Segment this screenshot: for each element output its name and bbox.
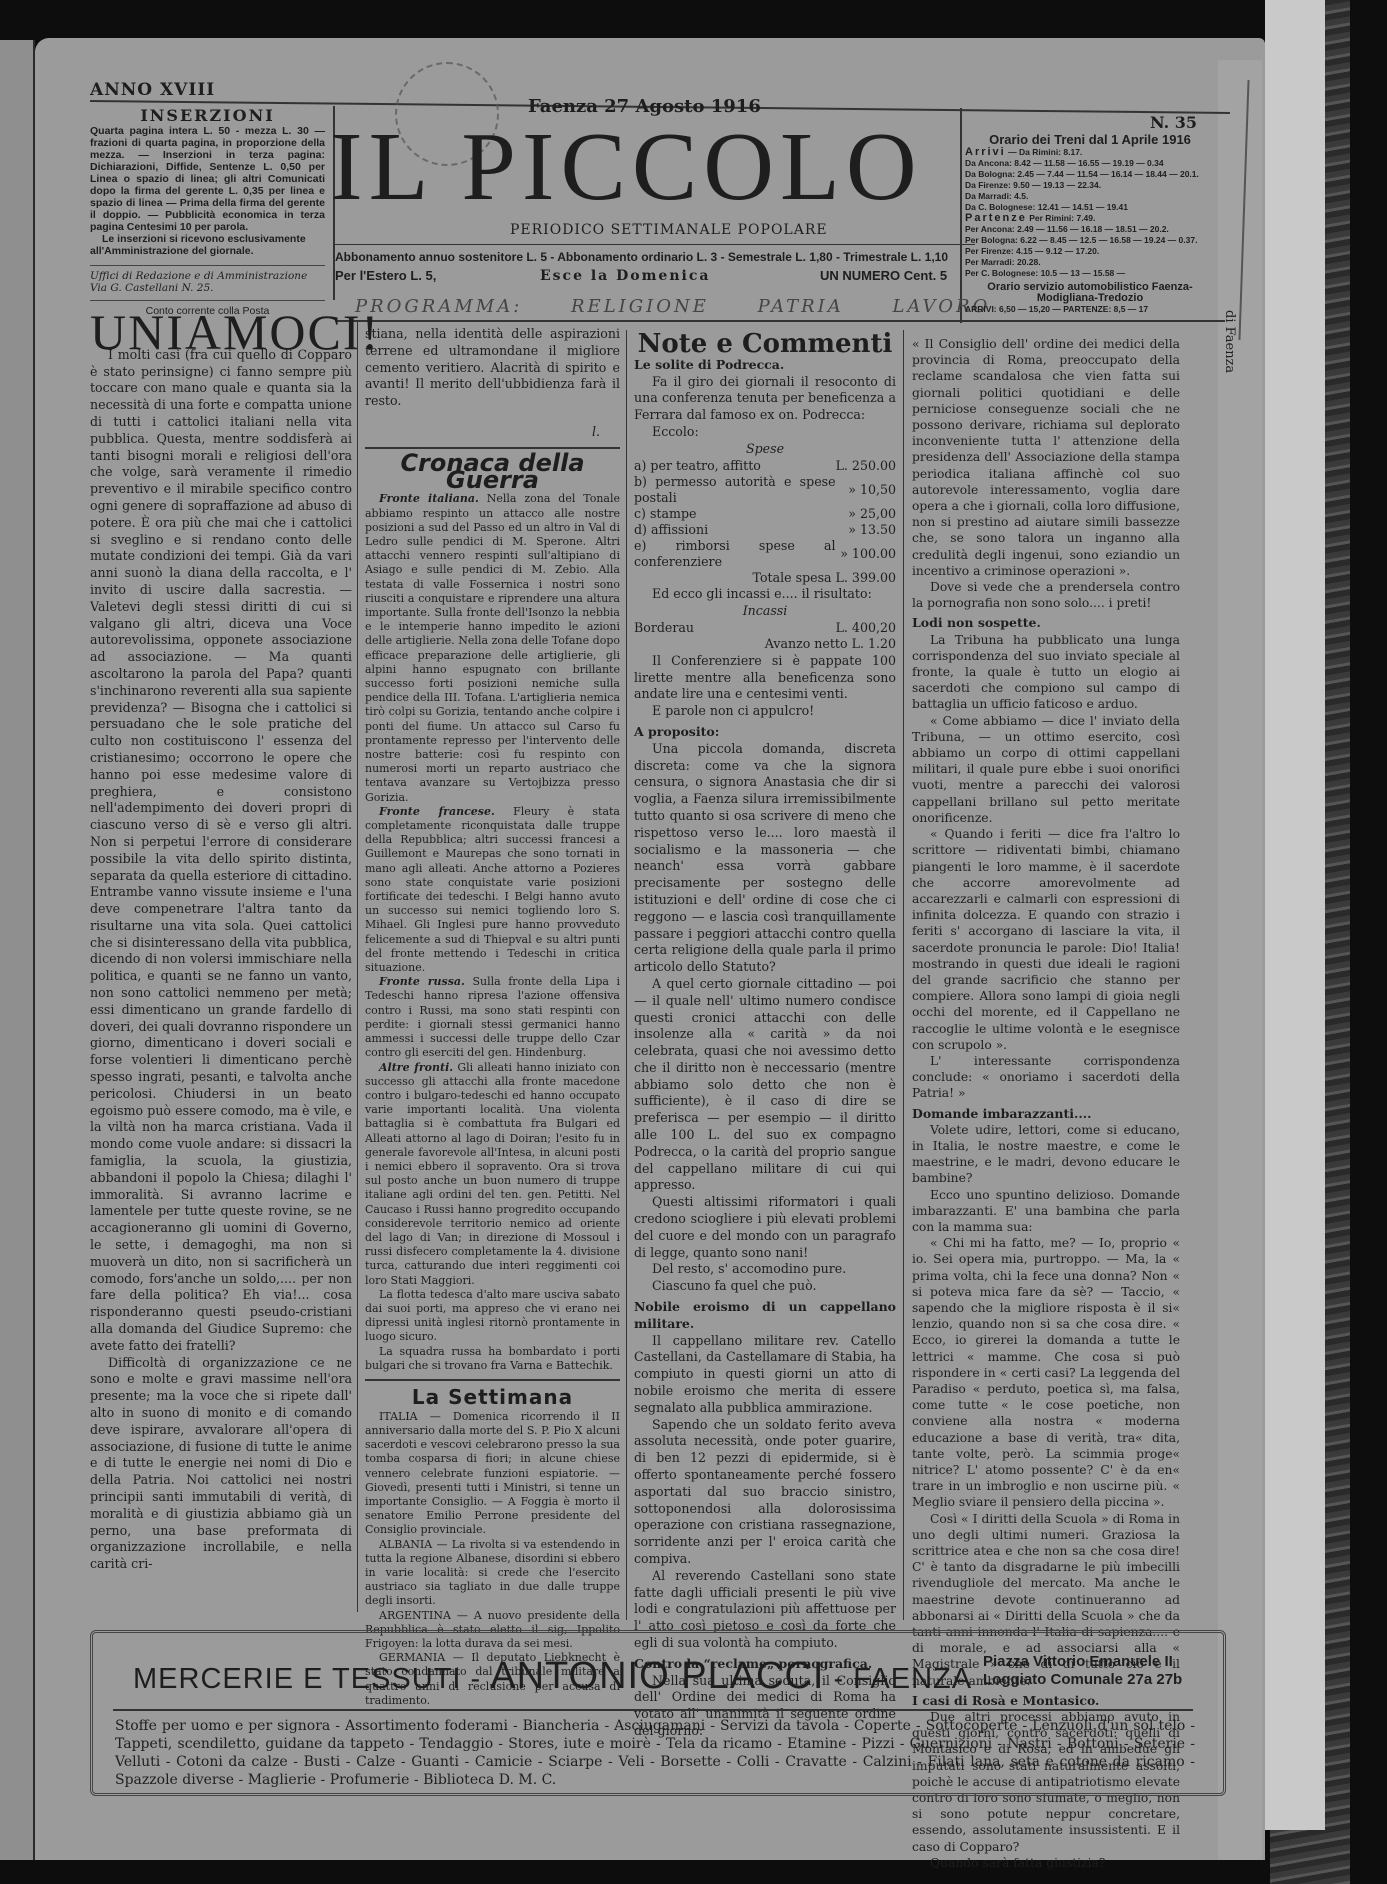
lodi-paragraph: L' interessante corrispondenza conclude:… <box>912 1053 1180 1102</box>
bus-service-times: ARRIVI: 6,50 — 15,20 — PARTENZE: 8,5 — 1… <box>965 304 1215 315</box>
ad-product-list: Stoffe per uomo e per signora - Assortim… <box>115 1717 1195 1789</box>
lodi-subhead: Lodi non sospette. <box>912 615 1180 631</box>
cronaca-item: Altre fronti. Gli alleati hanno iniziato… <box>365 1061 620 1288</box>
domande-paragraph: Volete udire, lettori, come si educano, … <box>912 1122 1180 1187</box>
programma-rule <box>335 320 1225 322</box>
nobile-subhead: Nobile eroismo di un cappellano militare… <box>634 1299 896 1333</box>
uniamoci-paragraph: Difficoltà di organizzazione ce ne sono … <box>90 1355 352 1573</box>
expense-row: c) stampe» 25,00 <box>634 506 896 522</box>
departure-row: Per Bologna: 6.22 — 8.45 — 12.5 — 16.58 … <box>965 235 1215 246</box>
arrival-row: Da Firenze: 9.50 — 19.13 — 22.34. <box>965 180 1215 191</box>
expenses-table: a) per teatro, affittoL. 250.00b) permes… <box>634 458 896 570</box>
programma-motto: PROGRAMMA: RELIGIONE PATRIA LAVORO <box>355 296 990 317</box>
podrecca-eccolo: Eccolo: <box>634 424 896 441</box>
ad-address: Piazza Vittorio Emanuele II Loggiato Com… <box>983 1653 1182 1689</box>
cronaca-item: La squadra russa ha bombardato i porti b… <box>365 1345 620 1373</box>
cronaca-item: Fronte russa. Sulla fronte della Lipa i … <box>365 975 620 1060</box>
incassi-table: Borderau L. 400,20 <box>634 620 896 636</box>
masthead-rule <box>335 244 975 245</box>
inserzioni-box: INSERZIONI Quarta pagina intera L. 50 - … <box>90 106 325 317</box>
column-uniamoci: UNIAMOCI! I molti casi (fra cui quello d… <box>90 322 352 1573</box>
proposito-paragraph: A quel certo giornale cittadino — poi — … <box>634 976 896 1194</box>
settimana-item: ITALIA — Domenica ricorrendo il II anniv… <box>365 1410 620 1538</box>
cronaca-items: Fronte italiana. Nella zona del Tonale a… <box>365 492 620 1373</box>
rosa-paragraph: Quando sarà fatta giustizia? <box>912 1855 1180 1871</box>
masthead-subtitle: PERIODICO SETTIMANALE POPOLARE <box>510 222 828 238</box>
borderau-value: L. 400,20 <box>765 620 896 636</box>
advertisement-placci: MERCERIE E TESSUTI - ANTONIO PLACCI - FA… <box>90 1630 1226 1796</box>
expense-row: d) affissioni» 13.50 <box>634 522 896 538</box>
subscription-rates: Abbonamento annuo sostenitore L. 5 - Abb… <box>335 250 948 264</box>
domande-paragraphs: Volete udire, lettori, come si educano, … <box>912 1122 1180 1689</box>
column-divider <box>357 322 358 1612</box>
podrecca-closing: E parole non ci appulcro! <box>634 703 896 720</box>
ad-headline: MERCERIE E TESSUTI - ANTONIO PLACCI - FA… <box>133 1655 972 1698</box>
ad-rule <box>113 1709 1193 1711</box>
cronaca-item: La flotta tedesca d'alto mare usciva sab… <box>365 1288 620 1345</box>
incassi-intro: Ed ecco gli incassi e.... il risultato: <box>634 586 896 603</box>
departures-label: Partenze <box>965 212 1027 224</box>
totale-spesa: Totale spesa L. 399.00 <box>634 570 896 587</box>
proposito-paragraph: Questi altissimi riformatori i quali cre… <box>634 1194 896 1261</box>
office-address: Uffici di Redazione e di Amministrazione… <box>90 265 325 294</box>
uniamoci-continuation: stiana, nella identità delle aspirazioni… <box>365 326 620 410</box>
column-cronaca: stiana, nella identità delle aspirazioni… <box>365 326 620 1708</box>
uniamoci-paragraph: I molti casi (fra cui quello di Copparo … <box>90 347 352 1355</box>
proposito-paragraphs: Una piccola domanda, discreta discreta: … <box>634 741 896 1295</box>
inserzioni-title: INSERZIONI <box>90 106 325 125</box>
foreign-subscription: Per l'Estero L. 5, <box>335 268 436 283</box>
proposito-subhead: A proposito: <box>634 724 896 741</box>
lodi-paragraph: « Come abbiamo — dice l' inviato della T… <box>912 713 1180 826</box>
expense-row: a) per teatro, affittoL. 250.00 <box>634 458 896 474</box>
lodi-paragraphs: La Tribuna ha pubblicato una lunga corri… <box>912 632 1180 1102</box>
proposito-paragraph: Ciascuno fa quel che può. <box>634 1278 896 1295</box>
left-page-edge <box>0 40 35 1860</box>
borderau-label: Borderau <box>634 620 765 636</box>
domande-paragraph: « Chi mi ha fatto, me? — Io, proprio « i… <box>912 1235 1180 1510</box>
arrival-row: Da Marradi: 4.5. <box>965 191 1215 202</box>
publication-day: Esce la Domenica <box>540 268 710 284</box>
nobile-paragraphs: Il cappellano militare rev. Catello Cast… <box>634 1333 896 1652</box>
inserzioni-rates: Quarta pagina intera L. 50 - mezza L. 30… <box>90 125 325 233</box>
column-divider <box>903 330 904 1620</box>
settimana-headline: La Settimana <box>365 1389 620 1406</box>
uniamoci-signature: l. <box>365 424 600 441</box>
departure-row: Per Marradi: 20.28. <box>965 257 1215 268</box>
header-divider-right <box>960 108 962 323</box>
ad-merchant-name: ANTONIO PLACCI <box>490 1655 824 1697</box>
avanzo-netto: Avanzo netto L. 1.20 <box>634 636 896 653</box>
podrecca-intro: Fa il giro dei giornali il resoconto di … <box>634 374 896 424</box>
cronaca-item: Fronte italiana. Nella zona del Tonale a… <box>365 492 620 804</box>
incassi-label: Incassi <box>634 603 896 620</box>
podrecca-after: Il Conferenziere si è pappate 100 lirett… <box>634 653 896 703</box>
arrival-row: Da Ancona: 8.42 — 11.58 — 16.55 — 19.19 … <box>965 158 1215 169</box>
column-note: Note e Commenti Le solite di Podrecca. F… <box>634 330 896 1740</box>
column-divider <box>626 330 627 1620</box>
reclame-quote: « Il Consiglio dell' ordine dei medici d… <box>912 336 1180 579</box>
podrecca-subhead: Le solite di Podrecca. <box>634 357 896 374</box>
proposito-paragraph: Una piccola domanda, discreta discreta: … <box>634 741 896 976</box>
departure-row: Per C. Bolognese: 10.5 — 13 — 15.58 — <box>965 268 1215 279</box>
departure-row: Per Firenze: 4.15 — 9.12 — 17.20. <box>965 246 1215 257</box>
timetable-title: Orario dei Treni dal 1 Aprile 1916 <box>965 134 1215 145</box>
uniamoci-headline: UNIAMOCI! <box>90 324 352 341</box>
bus-service-title: Orario servizio automobilistico Faenza-M… <box>965 282 1215 304</box>
issue-price: UN NUMERO Cent. 5 <box>820 268 947 283</box>
arrivals-label: Arrivi <box>965 146 1006 158</box>
cronaca-headline: Cronaca della Guerra <box>365 455 620 489</box>
domande-subhead: Domande imbarazzanti.... <box>912 1106 1180 1122</box>
proposito-paragraph: Del resto, s' accomodino pure. <box>634 1261 896 1278</box>
arrival-row: Da Bologna: 2.45 — 7.44 — 11.54 — 16.14 … <box>965 169 1215 180</box>
departure-row: Per Ancona: 2.49 — 11.56 — 16.18 — 18.51… <box>965 224 1215 235</box>
expense-row: b) permesso autorità e spese postali» 10… <box>634 474 896 506</box>
inserzioni-note: Le inserzioni si ricevono esclusivamente… <box>90 233 325 257</box>
masthead-title: IL PICCOLO <box>330 118 923 216</box>
nobile-paragraph: Sapendo che un soldato ferito aveva asso… <box>634 1417 896 1568</box>
cronaca-item: Fronte francese. Fleury è stata completa… <box>365 805 620 975</box>
note-headline: Note e Commenti <box>634 336 896 353</box>
train-timetable: Orario dei Treni dal 1 Aprile 1916 Arriv… <box>965 134 1215 315</box>
expense-row: e) rimborsi spese al conferenziere» 100.… <box>634 538 896 570</box>
settimana-item: ALBANIA — La rivolta si va estendendo in… <box>365 1538 620 1609</box>
section-rule <box>365 1379 620 1381</box>
nobile-paragraph: Il cappellano militare rev. Catello Cast… <box>634 1333 896 1417</box>
lodi-paragraph: La Tribuna ha pubblicato una lunga corri… <box>912 632 1180 713</box>
volume-label: ANNO XVIII <box>90 80 215 100</box>
binding-paper-strip <box>1265 0 1325 1830</box>
issue-number: N. 35 <box>1150 113 1197 132</box>
spese-label: Spese <box>634 441 896 458</box>
lodi-paragraph: « Quando i feriti — dice fra l'altro lo … <box>912 826 1180 1053</box>
domande-paragraph: Ecco uno spuntino delizioso. Domande imb… <box>912 1187 1180 1236</box>
reclame-closing: Dove si vede che a prendersela contro la… <box>912 579 1180 611</box>
